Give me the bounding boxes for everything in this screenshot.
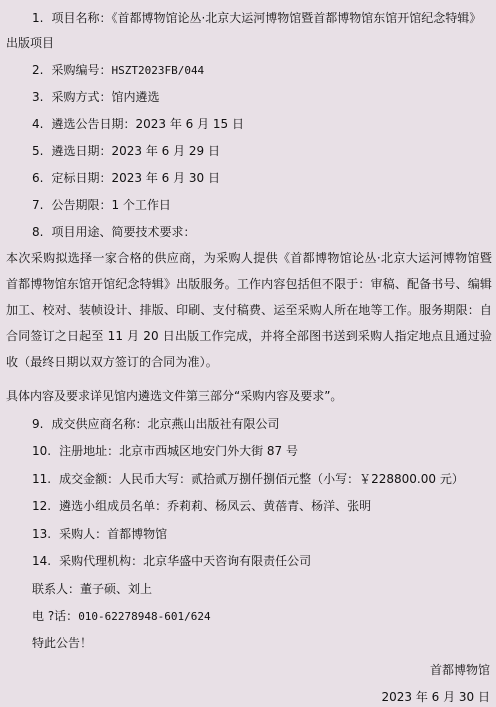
item-value: 首都博物馆: [107, 527, 167, 541]
item-label: 采购方式：: [51, 90, 111, 104]
item-label: 定标日期：: [51, 171, 111, 185]
description-note: 具体内容及要求详见馆内遴选文件第三部分“采购内容及要求”。: [6, 389, 342, 403]
contact-phone-value: 010-62278948-601/624: [78, 610, 210, 623]
item-value: 北京燕山出版社有限公司: [147, 417, 279, 431]
signature-organization: 首都博物馆: [430, 663, 490, 677]
item-number: 3.: [32, 90, 43, 104]
item-number: 7.: [32, 198, 43, 212]
item-number: 14.: [32, 554, 51, 568]
item-contract-amount: 11.成交金额：人民币大写：贰拾贰万捌仟捌佰元整（小写：￥228800.00 元…: [32, 472, 464, 486]
item-value: 北京华盛中天咨询有限责任公司: [143, 554, 311, 568]
closing-statement: 特此公告！: [32, 636, 92, 650]
item-project-name-continuation: 出版项目: [6, 36, 54, 50]
item-value: HSZT2023FB/044: [111, 64, 204, 77]
item-procurement-number: 2.采购编号：HSZT2023FB/044: [32, 63, 204, 78]
item-number: 12.: [32, 499, 51, 513]
item-announcement-date: 4.遴选公告日期：2023 年 6 月 15 日: [32, 117, 244, 131]
item-award-date: 6.定标日期：2023 年 6 月 30 日: [32, 171, 220, 185]
item-announcement-period: 7.公告期限：1 个工作日: [32, 198, 171, 212]
item-registered-address: 10.注册地址：北京市西城区地安门外大街 87 号: [32, 444, 298, 458]
item-number: 2.: [32, 63, 43, 77]
item-label: 注册地址：: [59, 444, 119, 458]
item-value: 北京市西城区地安门外大街 87 号: [119, 444, 298, 458]
item-value: 2023 年 6 月 15 日: [135, 117, 244, 131]
item-project-name: 1.项目名称：《首都博物馆论丛·北京大运河博物馆暨首都博物馆东馆开馆纪念特辑》: [32, 11, 481, 25]
item-value: 2023 年 6 月 29 日: [111, 144, 220, 158]
item-value: 2023 年 6 月 30 日: [111, 171, 220, 185]
item-number: 13.: [32, 527, 51, 541]
item-number: 10.: [32, 444, 51, 458]
item-label: 遴选日期：: [51, 144, 111, 158]
item-label: 项目名称：: [51, 11, 111, 25]
item-label: 成交供应商名称：: [51, 417, 147, 431]
item-number: 6.: [32, 171, 43, 185]
contact-phone: 电 ?话：010-62278948-601/624: [32, 609, 211, 624]
item-label: 遴选小组成员名单：: [59, 499, 167, 513]
item-number: 9.: [32, 417, 43, 431]
contact-phone-label: 电 ?话：: [32, 609, 78, 623]
item-number: 1.: [32, 11, 43, 25]
contact-person-label: 联系人：: [32, 582, 80, 596]
item-selection-date: 5.遴选日期：2023 年 6 月 29 日: [32, 144, 220, 158]
item-supplier-name: 9.成交供应商名称：北京燕山出版社有限公司: [32, 417, 279, 431]
item-label: 公告期限：: [51, 198, 111, 212]
item-label: 成交金额：: [59, 472, 119, 486]
item-value: 人民币大写：贰拾贰万捌仟捌佰元整（小写：￥228800.00 元）: [119, 472, 464, 486]
item-value: 乔莉莉、杨凤云、黄蓓青、杨洋、张明: [167, 499, 371, 513]
item-value: 馆内遴选: [111, 90, 159, 104]
description-paragraph: 本次采购拟选择一家合格的供应商，为采购人提供《首都博物馆论丛·北京大运河博物馆暨…: [6, 245, 492, 375]
item-value: 《首都博物馆论丛·北京大运河博物馆暨首都博物馆东馆开馆纪念特辑》: [111, 11, 481, 25]
item-number: 11.: [32, 472, 51, 486]
contact-person: 联系人：董子硕、刘上: [32, 582, 152, 596]
item-purchaser: 13.采购人：首都博物馆: [32, 527, 167, 541]
item-procurement-method: 3.采购方式：馆内遴选: [32, 90, 159, 104]
item-number: 5.: [32, 144, 43, 158]
item-label: 项目用途、简要技术要求：: [51, 225, 195, 239]
contact-person-value: 董子硕、刘上: [80, 582, 152, 596]
item-panel-members: 12.遴选小组成员名单：乔莉莉、杨凤云、黄蓓青、杨洋、张明: [32, 499, 371, 513]
item-procurement-agency: 14.采购代理机构：北京华盛中天咨询有限责任公司: [32, 554, 311, 568]
signature-date: 2023 年 6 月 30 日: [381, 690, 490, 704]
item-label: 采购人：: [59, 527, 107, 541]
item-label: 遴选公告日期：: [51, 117, 135, 131]
item-number: 8.: [32, 225, 43, 239]
item-label: 采购编号：: [51, 63, 111, 77]
item-label: 采购代理机构：: [59, 554, 143, 568]
item-value: 1 个工作日: [111, 198, 170, 212]
item-purpose-requirements: 8.项目用途、简要技术要求：: [32, 225, 195, 239]
item-number: 4.: [32, 117, 43, 131]
